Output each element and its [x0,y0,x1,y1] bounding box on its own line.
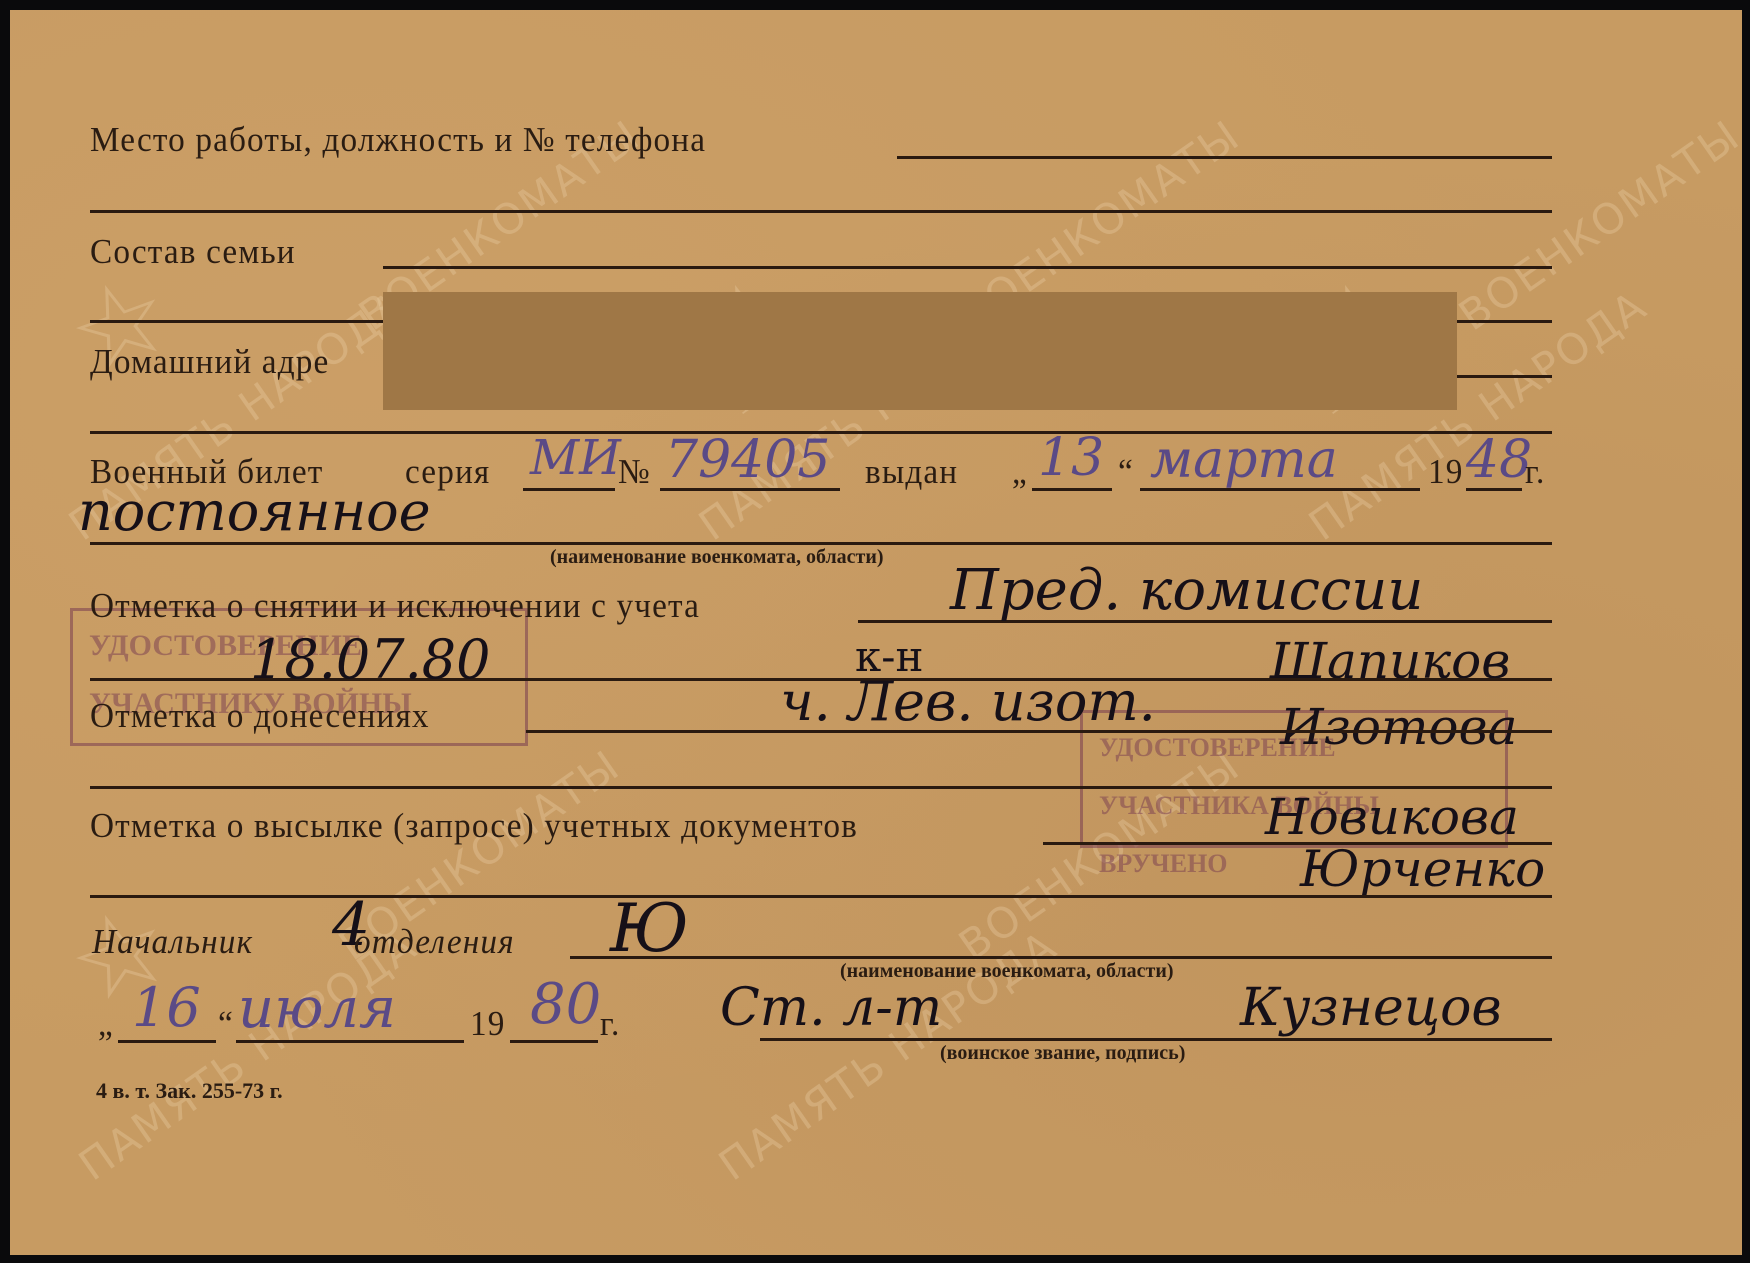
sign-year: 80 [530,972,601,1037]
reports-field-line-2 [90,786,1552,789]
documents-sent-label: Отметка о высылке (запросе) учетных доку… [90,806,858,846]
chief-signature-mark: Ю [610,890,689,967]
family-field-line-2 [90,320,383,323]
signature-name: Кузнецов [1240,978,1502,1038]
print-info: 4 в. т. Зак. 255-73 г. [96,1078,283,1104]
documents-sent-field-line-2 [90,895,1552,898]
quote-open-2: „ [98,1004,114,1044]
commission-member-1: Шапиков [1270,632,1510,690]
sign-month: июля [238,976,396,1041]
series-field-line [523,488,615,491]
commission-member-2: Изотова [1280,698,1517,756]
quote-open: „ [1012,452,1028,492]
commission-member-3: Новикова [1265,788,1519,846]
issued-label: выдан [865,452,958,492]
number-label: № [618,452,651,492]
quote-close-2: “ [218,1004,234,1044]
quote-close: “ [1118,452,1134,492]
number-value: 79405 [665,430,830,490]
workplace-field-line [897,156,1552,159]
chief-label: Начальник [92,922,253,962]
year-unit: г. [1525,452,1545,492]
sign-year-prefix: 19 [470,1004,506,1044]
rank-signature-line [760,1038,1552,1041]
commission-member-4: Юрченко [1300,840,1545,898]
issuer-caption: (наименование военкомата, области) [550,546,884,569]
family-field-line-2b [1457,320,1552,323]
commission-chair: Пред. комиссии [950,558,1423,623]
registration-card: ВОЕНКОМАТЫ ВОЕНКОМАТЫ ВОЕНКОМАТЫ ВОЕНКОМ… [10,10,1742,1255]
day-field-line [1032,488,1112,491]
sign-year-line [510,1040,598,1043]
workplace-label: Место работы, должность и № телефона [90,120,706,160]
year-prefix: 19 [1428,452,1464,492]
department-label: отделения [354,922,515,962]
sign-year-unit: г. [600,1004,620,1044]
rank-caption: (воинское звание, подпись) [940,1042,1185,1065]
rank-handwritten: Ст. л-т [720,978,942,1038]
watermark-voenkomaty: ВОЕНКОМАТЫ [1450,110,1742,340]
issuer-field-line [90,542,1552,545]
redacted-address-block [383,292,1457,410]
issuer-handwritten: постоянное [78,480,431,543]
issue-day: 13 [1038,428,1104,488]
deregistration-date: 18.07.80 [250,628,490,691]
sign-day: 16 [132,976,201,1039]
reports-label: Отметка о донесениях [90,696,430,736]
workplace-field-line-2 [90,210,1552,213]
address-label: Домашний адре [90,342,329,382]
chief-field-line [570,956,1552,959]
issue-month: марта [1150,430,1338,490]
family-field-line [383,266,1552,269]
issue-year: 48 [1466,430,1532,490]
sign-day-line [118,1040,216,1043]
series-value: МИ [530,430,621,486]
reports-handwritten: ч. Лев. изот. [780,670,1156,733]
address-field-line [1457,375,1552,378]
deregistration-label: Отметка о снятии и исключении с учета [90,586,700,626]
family-label: Состав семьи [90,232,296,272]
documents-sent-field-line [1043,842,1552,845]
